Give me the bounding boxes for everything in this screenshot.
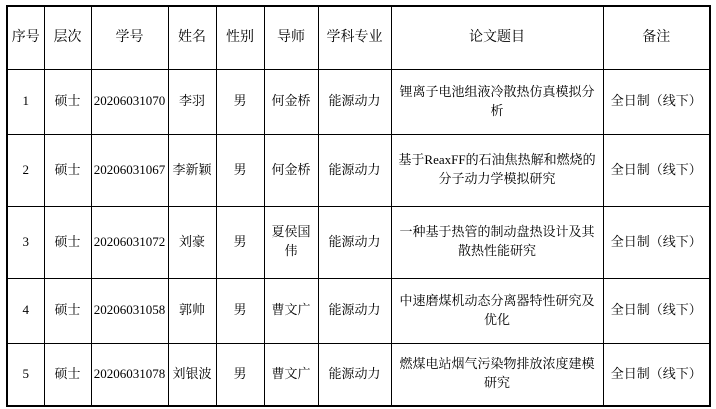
cell-level: 硕士 [44, 343, 91, 406]
cell-advisor: 曹文广 [264, 278, 318, 343]
cell-thesis-title: 一种基于热管的制动盘热设计及其散热性能研究 [391, 206, 603, 278]
table-row: 3 硕士 20206031072 刘豪 男 夏侯国伟 能源动力 一种基于热管的制… [7, 206, 710, 278]
cell-name: 李羽 [168, 69, 216, 134]
col-header-student-id: 学号 [91, 6, 168, 69]
cell-remark: 全日制（线下） [603, 206, 710, 278]
cell-major: 能源动力 [318, 343, 391, 406]
table-row: 4 硕士 20206031058 郭帅 男 曹文广 能源动力 中速磨煤机动态分离… [7, 278, 710, 343]
col-header-major: 学科专业 [318, 6, 391, 69]
cell-advisor: 夏侯国伟 [264, 206, 318, 278]
cell-index: 4 [7, 278, 44, 343]
cell-advisor: 曹文广 [264, 343, 318, 406]
cell-remark: 全日制（线下） [603, 69, 710, 134]
cell-advisor: 何金桥 [264, 69, 318, 134]
cell-remark: 全日制（线下） [603, 278, 710, 343]
cell-remark: 全日制（线下） [603, 343, 710, 406]
col-header-index: 序号 [7, 6, 44, 69]
cell-student-id: 20206031078 [91, 343, 168, 406]
cell-thesis-title: 锂离子电池组液冷散热仿真模拟分析 [391, 69, 603, 134]
cell-remark: 全日制（线下） [603, 134, 710, 206]
cell-level: 硕士 [44, 69, 91, 134]
cell-name: 刘银波 [168, 343, 216, 406]
table-row: 5 硕士 20206031078 刘银波 男 曹文广 能源动力 燃煤电站烟气污染… [7, 343, 710, 406]
cell-major: 能源动力 [318, 278, 391, 343]
cell-gender: 男 [216, 134, 264, 206]
cell-student-id: 20206031058 [91, 278, 168, 343]
cell-index: 5 [7, 343, 44, 406]
thesis-table: 序号 层次 学号 姓名 性别 导师 学科专业 论文题目 备注 1 硕士 2020… [6, 5, 711, 407]
cell-student-id: 20206031067 [91, 134, 168, 206]
cell-gender: 男 [216, 206, 264, 278]
cell-thesis-title: 中速磨煤机动态分离器特性研究及优化 [391, 278, 603, 343]
cell-index: 1 [7, 69, 44, 134]
cell-name: 刘豪 [168, 206, 216, 278]
cell-student-id: 20206031070 [91, 69, 168, 134]
cell-major: 能源动力 [318, 206, 391, 278]
cell-level: 硕士 [44, 278, 91, 343]
table-header-row: 序号 层次 学号 姓名 性别 导师 学科专业 论文题目 备注 [7, 6, 710, 69]
cell-gender: 男 [216, 69, 264, 134]
cell-index: 3 [7, 206, 44, 278]
col-header-thesis-title: 论文题目 [391, 6, 603, 69]
cell-level: 硕士 [44, 206, 91, 278]
cell-name: 李新颖 [168, 134, 216, 206]
col-header-level: 层次 [44, 6, 91, 69]
table-row: 2 硕士 20206031067 李新颖 男 何金桥 能源动力 基于ReaxFF… [7, 134, 710, 206]
cell-name: 郭帅 [168, 278, 216, 343]
cell-thesis-title: 燃煤电站烟气污染物排放浓度建模研究 [391, 343, 603, 406]
cell-gender: 男 [216, 343, 264, 406]
cell-major: 能源动力 [318, 134, 391, 206]
cell-index: 2 [7, 134, 44, 206]
cell-thesis-title: 基于ReaxFF的石油焦热解和燃烧的分子动力学模拟研究 [391, 134, 603, 206]
cell-gender: 男 [216, 278, 264, 343]
cell-level: 硕士 [44, 134, 91, 206]
cell-advisor: 何金桥 [264, 134, 318, 206]
col-header-name: 姓名 [168, 6, 216, 69]
cell-student-id: 20206031072 [91, 206, 168, 278]
col-header-gender: 性别 [216, 6, 264, 69]
col-header-advisor: 导师 [264, 6, 318, 69]
table-row: 1 硕士 20206031070 李羽 男 何金桥 能源动力 锂离子电池组液冷散… [7, 69, 710, 134]
col-header-remark: 备注 [603, 6, 710, 69]
cell-major: 能源动力 [318, 69, 391, 134]
